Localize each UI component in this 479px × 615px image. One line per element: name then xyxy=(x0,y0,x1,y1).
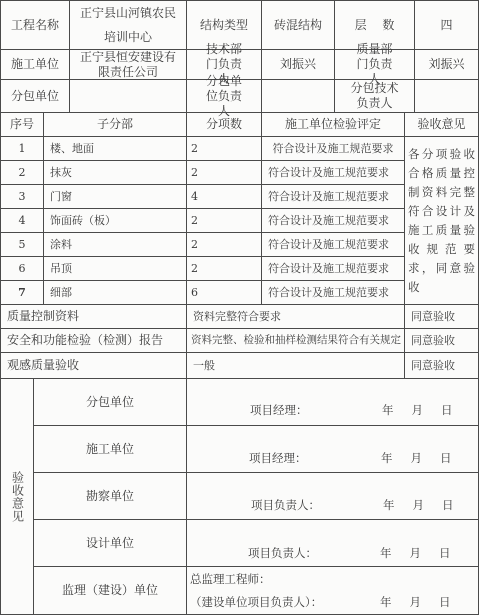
signoff-unit-5: 监理（建设）单位 xyxy=(33,566,187,615)
quality-head-label: 质量部门负责人 xyxy=(334,49,415,80)
row-6-name: 吊顶 xyxy=(43,256,187,281)
sub-head-label: 分包单位负责人 xyxy=(186,79,262,113)
signoff-signer-2: 项目经理： xyxy=(249,450,307,466)
row-3-eval: 符合设计及施工规范要求 xyxy=(261,184,405,209)
row-7-eval: 符合设计及施工规范要求 xyxy=(261,280,405,305)
row-4-no: 4 xyxy=(0,208,44,233)
summary-3-label: 观感质量验收 xyxy=(0,352,187,379)
contractor-value: 正宁县恒安建设有限责任公司 xyxy=(69,49,187,80)
summary-2-label: 安全和功能检验（检测）报告 xyxy=(0,328,187,353)
acceptance-form: 工程名称 正宁县山河镇农民培训中心 结构类型 砖混结构 层 数 四 施工单位 正… xyxy=(0,0,479,615)
summary-1-label: 质量控制资料 xyxy=(0,304,187,329)
row-6-no: 6 xyxy=(0,256,44,281)
col-header-subsection: 子分部 xyxy=(43,112,187,137)
quality-head-value: 刘振兴 xyxy=(414,49,479,80)
signoff-signer-3: 项目负责人： xyxy=(251,497,320,513)
summary-1-eval: 资料完整符合要求 xyxy=(186,304,405,329)
signoff-section-label: 验收意见 xyxy=(0,378,34,615)
row-5-no: 5 xyxy=(0,232,44,257)
row-3-name: 门窗 xyxy=(43,184,187,209)
signoff-signer-4: 项目负责人： xyxy=(248,545,317,561)
col-header-evaluation: 施工单位检验评定 xyxy=(261,112,405,137)
row-4-count: 2 xyxy=(186,208,262,233)
row-5-count: 2 xyxy=(186,232,262,257)
row-6-count: 2 xyxy=(186,256,262,281)
row-7-name: 细部 xyxy=(43,280,187,305)
row-2-name: 抹灰 xyxy=(43,160,187,185)
row-3-count: 4 xyxy=(186,184,262,209)
row-2-no: 2 xyxy=(0,160,44,185)
summary-1-opinion: 同意验收 xyxy=(404,304,479,329)
row-4-name: 饰面砖（板） xyxy=(43,208,187,233)
signoff-unit-3: 勘察单位 xyxy=(33,472,187,520)
structure-type-value: 砖混结构 xyxy=(261,0,335,50)
row-2-eval: 符合设计及施工规范要求 xyxy=(261,160,405,185)
signoff-unit-4: 设计单位 xyxy=(33,519,187,567)
contractor-label: 施工单位 xyxy=(0,49,70,80)
row-1-count: 2 xyxy=(186,136,262,161)
col-header-no: 序号 xyxy=(0,112,44,137)
row-3-no: 3 xyxy=(0,184,44,209)
col-header-opinion: 验收意见 xyxy=(404,112,479,137)
summary-3-eval: 一般 xyxy=(186,352,405,379)
signoff-date-5: 年月日 xyxy=(380,594,451,610)
tech-head-value: 刘振兴 xyxy=(261,49,335,80)
summary-3-opinion: 同意验收 xyxy=(404,352,479,379)
signoff-signer-1: 项目经理： xyxy=(250,402,308,418)
col-header-count: 分项数 xyxy=(186,112,262,137)
subcontractor-label: 分包单位 xyxy=(0,79,70,113)
signoff-date-3: 年月日 xyxy=(383,497,454,513)
summary-2-eval: 资料完整、检验和抽样检测结果符合有关规定 xyxy=(186,328,405,353)
signoff-date-1: 年月日 xyxy=(382,402,453,418)
row-1-name: 楼、地面 xyxy=(43,136,187,161)
sub-tech-head-label: 分包技术负责人 xyxy=(334,79,415,113)
row-2-count: 2 xyxy=(186,160,262,185)
row-1-no: 1 xyxy=(0,136,44,161)
subcontractor-value xyxy=(69,79,187,113)
row-4-eval: 符合设计及施工规范要求 xyxy=(261,208,405,233)
row-7-count: 6 xyxy=(186,280,262,305)
row-7-no: 7 xyxy=(0,280,44,305)
floors-value: 四 xyxy=(414,0,479,50)
row-6-eval: 符合设计及施工规范要求 xyxy=(261,256,405,281)
sub-tech-head-value xyxy=(414,79,479,113)
sub-head-value xyxy=(261,79,335,113)
signoff-date-2: 年月日 xyxy=(381,450,452,466)
signoff-signer-5: （建设单位项目负责人）： xyxy=(190,594,322,610)
acceptance-opinion: 各分项验收合格质量控制资料完整符合设计及施工质量验收规范要求，同意验收 xyxy=(404,136,479,305)
project-name-value: 正宁县山河镇农民培训中心 xyxy=(69,0,187,50)
signoff-date-4: 年月日 xyxy=(380,545,451,561)
signoff-unit-2: 施工单位 xyxy=(33,425,187,473)
row-5-eval: 符合设计及施工规范要求 xyxy=(261,232,405,257)
summary-2-opinion: 同意验收 xyxy=(404,328,479,353)
signoff-signer-5-line1: 总监理工程师： xyxy=(190,571,271,587)
row-1-eval: 符合设计及施工规范要求 xyxy=(261,136,405,161)
signoff-unit-1: 分包单位 xyxy=(33,378,187,426)
project-name-label: 工程名称 xyxy=(0,0,70,50)
row-5-name: 涂料 xyxy=(43,232,187,257)
